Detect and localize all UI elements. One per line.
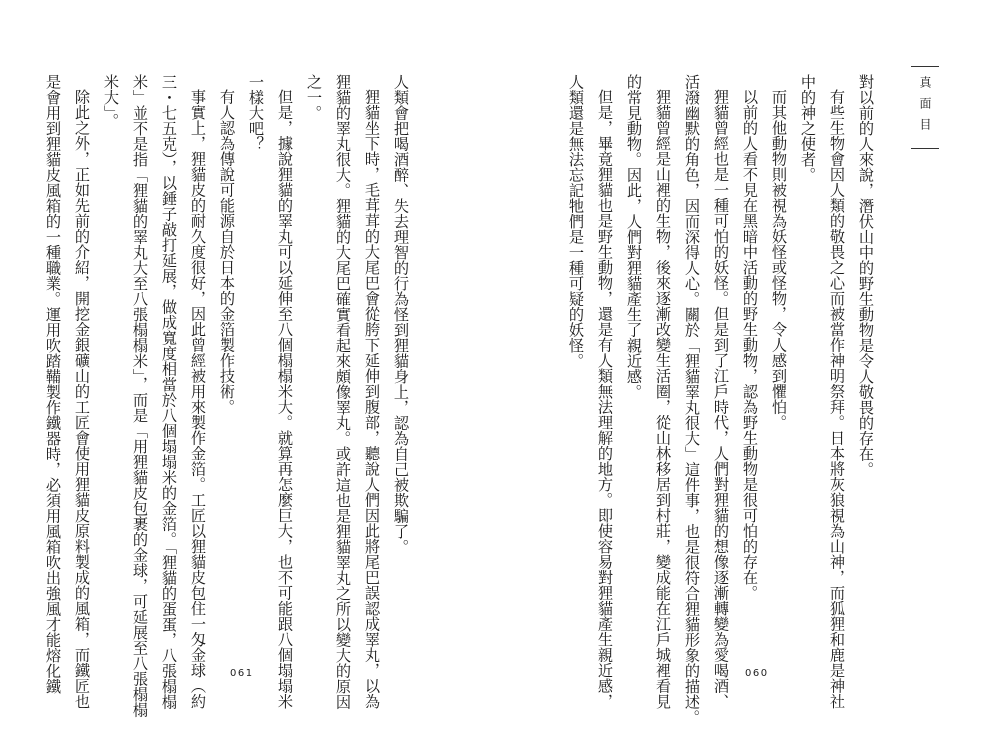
text-column: 三・七五克），以錘子敲打延展，做成寬度相當於八個塌塌米的金箔。「狸貓的蛋蛋，八張… <box>159 74 179 710</box>
text-column: 對以前的人來說，潛伏山中的野生動物是令人敬畏的存在。 <box>856 74 876 477</box>
text-column: 之一。 <box>304 74 324 121</box>
text-column: 狸貓曾經也是一種可怕的妖怪。但是到了江戶時代，人們對狸貓的想像逐漸轉變為愛喝酒、 <box>711 89 731 709</box>
text-column: 中的神之使者。 <box>798 74 818 183</box>
text-column: 一樣大吧？ <box>246 74 266 152</box>
text-column: 狸貓曾經是山裡的生物，後來逐漸改變生活圈，從山林移居到村莊，變成能在江戶城裡看見 <box>653 89 673 709</box>
text-column: 以前的人看不見在黑暗中活動的野生動物，認為野生動物是很可怕的存在。 <box>740 89 760 601</box>
text-column: 而其他動物則被視為妖怪或怪物，令人感到懼怕。 <box>769 89 789 430</box>
header-rule-top <box>911 66 939 67</box>
text-column: 除此之外，正如先前的介紹，開挖金銀礦山的工匠會使用狸貓皮原料製成的風箱，而鐵匠也 <box>72 89 92 709</box>
right-page: 對以前的人來說，潛伏山中的野生動物是令人敬畏的存在。 有些生物會因人類的敬畏之心… <box>499 0 999 734</box>
text-column: 米大」。 <box>101 74 121 128</box>
text-column: 活潑幽默的角色，因而深得人心。關於「狸貓睪丸很大」這件事，也是很符合狸貓形象的描… <box>682 74 702 725</box>
chapter-title: 真面目 <box>917 76 933 139</box>
text-column: 狸貓坐下時，毛茸茸的大尾巴會從胯下延伸到腹部，聽說人們因此將尾巴誤認成睪丸，以為 <box>362 89 382 709</box>
page-number: 060 <box>745 668 769 679</box>
text-column: 人類會把喝酒醉、失去理智的行為怪到狸貓身上，認為自己被欺騙了。 <box>391 74 411 555</box>
text-column: 是會用到狸貓皮風箱的一種職業。運用吹踏鞴製作鐵器時，必須用風箱吹出強風才能熔化鐵 <box>43 74 63 694</box>
text-column: 有些生物會因人類的敬畏之心而被當作神明祭拜。日本將灰狼視為山神，而狐狸和鹿是神社 <box>827 89 847 709</box>
header-rule-bottom <box>911 148 939 149</box>
page-number: 061 <box>230 668 254 679</box>
text-column: 但是，據說狸貓的睪丸可以延伸至八個榻榻米大。就算再怎麼巨大，也不可能跟八個塌塌米 <box>275 89 295 709</box>
text-column: 有人認為傳說可能源自於日本的金箔製作技術。 <box>217 89 237 415</box>
chapter-header: 真面目 <box>909 66 941 150</box>
text-column: 但是，畢竟狸貓也是野生動物，還是有人類無法理解的地方。即使容易對狸貓產生親近感， <box>595 89 615 709</box>
text-column: 事實上，狸貓皮的耐久度很好，因此曾經被用來製作金箔。工匠以狸貓皮包住一匁金球（約 <box>188 89 208 709</box>
left-page: 人類會把喝酒醉、失去理智的行為怪到狸貓身上，認為自己被欺騙了。 狸貓坐下時，毛茸… <box>0 0 499 734</box>
text-column: 米」並不是指「狸貓的睪丸大至八張榻榻米」，而是「用狸貓皮包裹的金球，可延展至八張… <box>130 74 150 717</box>
text-column: 的常見動物。因此，人們對狸貓產生了親近感。 <box>624 74 644 400</box>
text-column: 人類還是無法忘記牠們是一種可疑的妖怪。 <box>566 74 586 369</box>
text-column: 狸貓的睪丸很大。狸貓的大尾巴確實看起來頗像睪丸。或許這也是狸貓睪丸之所以變大的原… <box>333 74 353 710</box>
